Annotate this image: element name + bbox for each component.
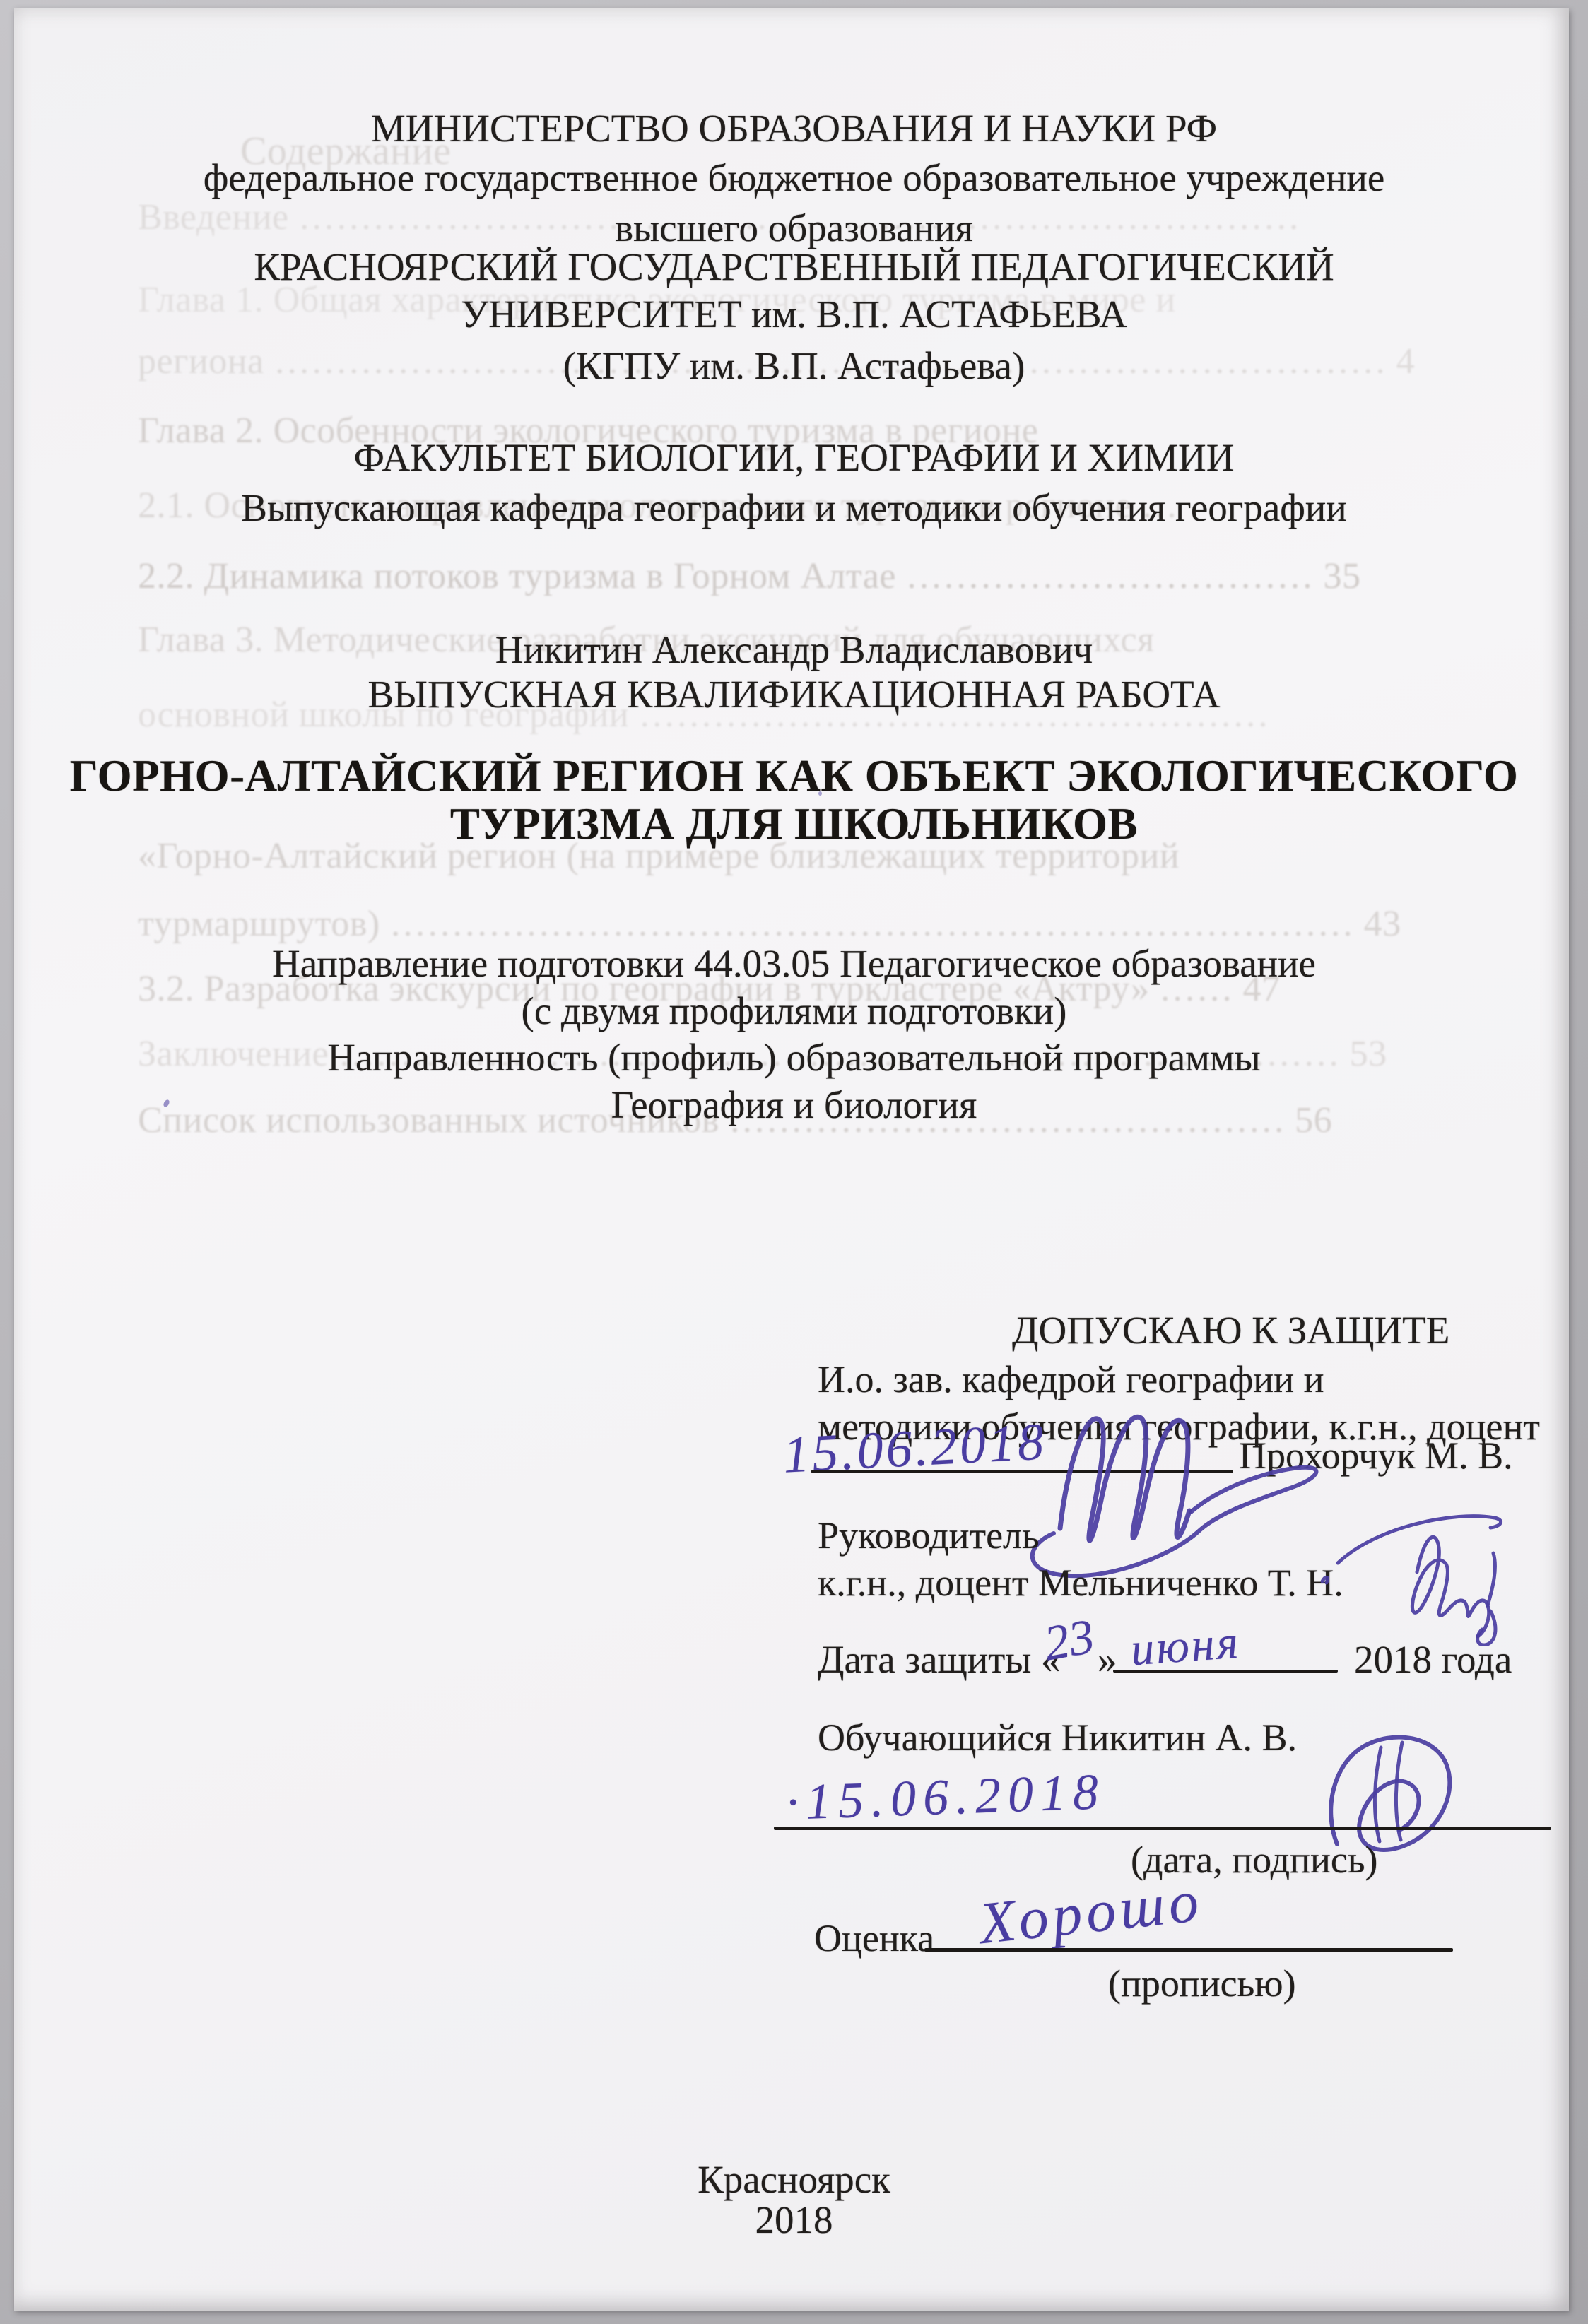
grade-line <box>924 1948 1453 1952</box>
city: Красноярск <box>0 2157 1588 2202</box>
defense-quote-close: » <box>1098 1637 1117 1682</box>
thesis-title-line-1: ГОРНО-АЛТАЙСКИЙ РЕГИОН КАК ОБЪЕКТ ЭКОЛОГ… <box>0 750 1588 802</box>
defense-date-label: Дата защиты « <box>818 1637 1061 1682</box>
defense-month-handwritten: июня <box>1129 1616 1242 1677</box>
thesis-title-line-2: ТУРИЗМА ДЛЯ ШКОЛЬНИКОВ <box>0 798 1588 850</box>
ministry-line: МИНИСТЕРСТВО ОБРАЗОВАНИЯ И НАУКИ РФ <box>0 106 1588 151</box>
author-name: Никитин Александр Владиславович <box>0 627 1588 672</box>
program-orientation: Направленность (профиль) образовательной… <box>0 1035 1588 1080</box>
defense-year: 2018 года <box>1354 1637 1512 1682</box>
grade-caption: (прописью) <box>1108 1962 1296 2005</box>
program-name: География и биология <box>0 1083 1588 1127</box>
faculty-title: ФАКУЛЬТЕТ БИОЛОГИИ, ГЕОГРАФИИ И ХИМИИ <box>0 435 1588 480</box>
student-date-handwritten: ·15.06.2018 <box>785 1762 1107 1832</box>
year: 2018 <box>0 2198 1588 2242</box>
institution-line-1: федеральное государственное бюджетное об… <box>0 155 1588 200</box>
approval-role-line-1: И.о. зав. кафедрой географии и <box>818 1357 1324 1401</box>
department-line: Выпускающая кафедра географии и методики… <box>0 485 1588 530</box>
university-abbrev: (КГПУ им. В.П. Астафьева) <box>0 343 1588 388</box>
work-type: ВЫПУСКНАЯ КВАЛИФИКАЦИОННАЯ РАБОТА <box>0 672 1588 716</box>
supervisor-name-line: к.г.н., доцент Мельниченко Т. Н. <box>818 1561 1343 1605</box>
student-signature-line <box>774 1827 1551 1830</box>
program-profiles: (с двумя профилями подготовки) <box>0 989 1588 1033</box>
defense-month-line <box>1113 1670 1338 1673</box>
university-line-1: КРАСНОЯРСКИЙ ГОСУДАРСТВЕННЫЙ ПЕДАГОГИЧЕС… <box>0 244 1588 289</box>
institution-line-2: высшего образования <box>0 206 1588 250</box>
student-line: Обучающийся Никитин А. В. <box>818 1716 1297 1759</box>
defense-day-handwritten: 23 <box>1040 1609 1099 1673</box>
grade-label: Оценка <box>814 1916 934 1960</box>
grade-value-handwritten: Хорошо <box>976 1867 1206 1959</box>
program-direction: Направление подготовки 44.03.05 Педагоги… <box>0 941 1588 986</box>
supervisor-signature <box>1310 1505 1515 1646</box>
approval-heading: ДОПУСКАЮ К ЗАЩИТЕ <box>1012 1308 1449 1352</box>
university-line-2: УНИВЕРСИТЕТ им. В.П. АСТАФЬЕВА <box>0 292 1588 336</box>
ink-speck-2 <box>818 791 822 796</box>
supervisor-label: Руководитель <box>818 1514 1040 1557</box>
